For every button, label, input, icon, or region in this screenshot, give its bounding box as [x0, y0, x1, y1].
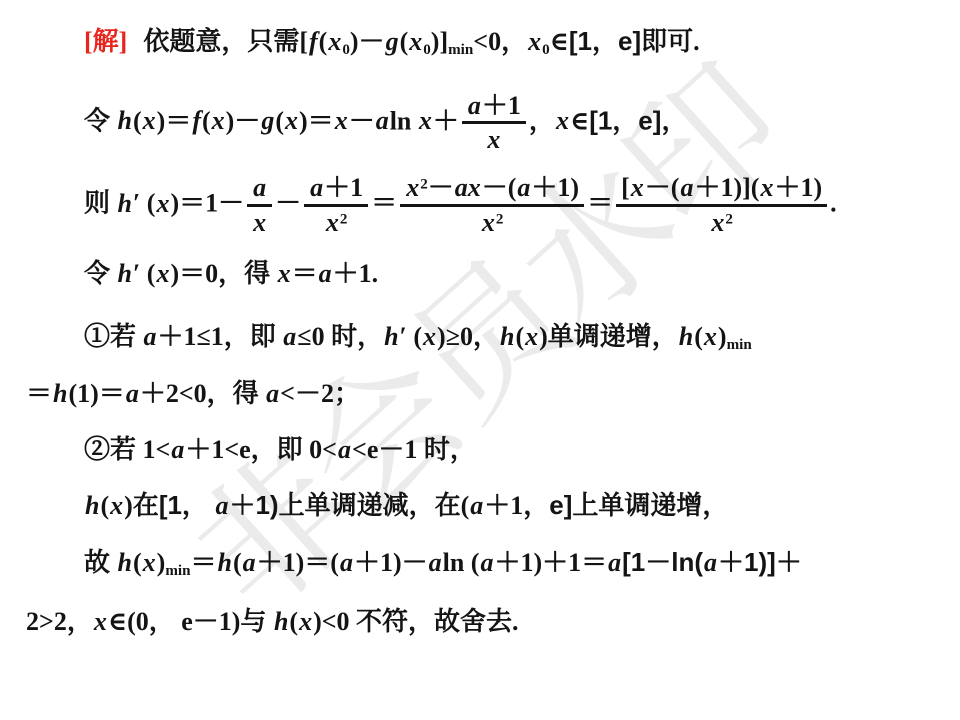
text-run: <0， — [473, 27, 527, 56]
text-run: ＋1)－ — [354, 548, 428, 577]
fraction-denominator: x2 — [616, 207, 827, 238]
math-variable: a — [607, 548, 622, 577]
solution-line-7: ②若 1<a＋1<e，即 0<a<e－1 时， — [26, 432, 940, 467]
math-variable: a — [428, 548, 443, 577]
math-variable: a — [703, 548, 718, 577]
bracket-text: [1，e] — [569, 26, 641, 56]
math-variable: x — [142, 106, 157, 135]
math-variable: x — [481, 208, 496, 237]
fraction-numerator: [x－(a＋1)](x＋1) — [616, 173, 827, 207]
text-run: 即可. — [641, 27, 700, 56]
math-variable: h — [117, 106, 133, 135]
math-variable: a — [469, 491, 484, 520]
math-variable: a — [309, 173, 324, 202]
text-run: ′ ( — [133, 189, 155, 218]
fraction-denominator: x2 — [400, 207, 584, 238]
text-run: )] — [431, 27, 448, 56]
subscript: 0 — [542, 42, 550, 58]
superscript: 2 — [420, 177, 428, 193]
text-run: ( — [400, 27, 409, 56]
text-run: )＝1－ — [170, 189, 244, 218]
text-run: － — [275, 189, 301, 218]
math-variable: x — [109, 491, 124, 520]
solution-line-1: [解]依题意，只需[f(x0)－g(x0)]min<0，x0∈[1，e]即可. — [26, 24, 940, 61]
math-variable: h — [216, 548, 232, 577]
text-run: ＝ — [26, 379, 52, 408]
text-run: ②若 1< — [84, 435, 170, 464]
text-run: ＝ — [292, 259, 318, 288]
text-run: ＋ — [776, 548, 802, 577]
fraction-denominator: x — [247, 207, 272, 238]
subscript: 0 — [342, 42, 350, 58]
math-variable: x — [759, 173, 774, 202]
math-variable: x — [252, 208, 267, 237]
text-run: ) — [718, 322, 727, 351]
fraction-numerator: x2－ax－(a＋1) — [400, 173, 584, 207]
math-variable: x — [405, 173, 420, 202]
math-variable: x — [486, 125, 501, 154]
math-variable: a — [214, 491, 229, 520]
math-variable: x — [211, 106, 226, 135]
text-run: ＋ — [433, 106, 459, 135]
text-run: ＋1) — [531, 173, 579, 202]
text-run: )－ — [226, 106, 261, 135]
text-run: ( — [694, 322, 703, 351]
fraction: x2－ax－(a＋1)x2 — [400, 173, 584, 238]
text-run: ＋1)＋1＝ — [494, 548, 607, 577]
math-variable: f — [308, 27, 319, 56]
math-variable: a — [265, 379, 280, 408]
text-run: )－ — [350, 27, 385, 56]
text-run: ( — [202, 106, 211, 135]
fraction-numerator: a＋1 — [304, 173, 368, 207]
text-run: ∈(0， e－1)与 — [108, 607, 273, 636]
fraction-numerator: a＋1 — [462, 91, 526, 125]
math-variable: x — [418, 106, 433, 135]
text-run: ＝ — [190, 548, 216, 577]
math-variable: g — [260, 106, 275, 135]
text-run: ( — [275, 106, 284, 135]
text-run: ＋1)]( — [694, 173, 759, 202]
math-variable: h — [117, 189, 133, 218]
math-variable: x — [422, 322, 437, 351]
math-variable: a — [170, 435, 185, 464]
fraction: [x－(a＋1)](x＋1)x2 — [616, 173, 827, 238]
math-variable: f — [191, 106, 202, 135]
math-variable: a — [242, 548, 257, 577]
math-variable: a — [252, 173, 267, 202]
bracket-text: ＋1)] — [718, 547, 776, 577]
math-variable: a — [125, 379, 140, 408]
math-variable: x — [524, 322, 539, 351]
text-run: ＋1≤1，即 — [158, 322, 283, 351]
solution-line-3: 则 h′ (x)＝1－ax－a＋1x2＝x2－ax－(a＋1)x2＝[x－(a＋… — [26, 173, 940, 238]
text-run: 令 — [84, 106, 117, 135]
superscript: 2 — [496, 212, 504, 228]
text-run: 2>2， — [26, 607, 93, 636]
bracket-text: [1，e] — [589, 105, 661, 135]
math-variable: x — [703, 322, 718, 351]
math-variable: x — [284, 106, 299, 135]
text-run: ＋1， — [484, 491, 549, 520]
math-variable: a — [318, 259, 333, 288]
math-variable: h — [117, 259, 133, 288]
text-run: 令 — [84, 259, 117, 288]
text-run: )＝ — [299, 106, 334, 135]
text-run: 上单调递减，在( — [279, 491, 470, 520]
text-run: [ — [621, 173, 630, 202]
math-variable: a — [282, 322, 297, 351]
solution-line-9: 故 h(x)min＝h(a＋1)＝(a＋1)－aln (a＋1)＋1＝a[1－l… — [26, 545, 940, 582]
text-run: <－2； — [280, 379, 360, 408]
text-run: ＋1 — [482, 91, 521, 120]
text-run: )单调递增， — [539, 322, 678, 351]
math-variable: x — [277, 259, 292, 288]
text-run: ＋1. — [333, 259, 379, 288]
math-variable: x — [325, 208, 340, 237]
text-run: ( — [289, 607, 298, 636]
text-run: ≤0 时， — [297, 322, 383, 351]
math-variable: a — [516, 173, 531, 202]
text-run: ∈ — [550, 27, 569, 56]
text-run: . — [830, 189, 837, 218]
text-run: ＋1)＝( — [257, 548, 339, 577]
math-variable: x — [327, 27, 342, 56]
text-run: ( — [233, 548, 242, 577]
subscript: min — [165, 563, 190, 579]
text-run: )<0 不符，故舍去. — [313, 607, 518, 636]
text-run: ′ ( — [400, 322, 422, 351]
text-run: )＝0，得 — [170, 259, 276, 288]
superscript: 2 — [725, 212, 733, 228]
math-variable: x — [93, 607, 108, 636]
text-run: ( — [133, 548, 142, 577]
solution-label: [解] — [84, 27, 127, 56]
math-variable: a — [339, 548, 354, 577]
math-variable: h — [273, 607, 289, 636]
math-variable: a — [467, 91, 482, 120]
text-run: － — [349, 106, 375, 135]
solution-content: [解]依题意，只需[f(x0)－g(x0)]min<0，x0∈[1，e]即可.令… — [0, 0, 960, 639]
text-run: ， — [529, 106, 555, 135]
text-run: 依题意，只需[ — [143, 27, 308, 56]
math-variable: h — [678, 322, 694, 351]
bracket-text: e] — [549, 490, 572, 520]
text-run: )在 — [124, 491, 159, 520]
fraction: a＋1x — [462, 91, 526, 156]
text-run: )＝ — [157, 106, 192, 135]
subscript: min — [727, 337, 752, 353]
math-variable: h — [117, 548, 133, 577]
subscript: 0 — [423, 42, 431, 58]
text-run: 故 — [84, 548, 117, 577]
math-variable: h — [84, 491, 100, 520]
math-variable: x — [408, 27, 423, 56]
text-run: ( — [133, 106, 142, 135]
math-variable: ax — [454, 173, 482, 202]
math-variable: a — [479, 548, 494, 577]
bracket-text: [1－ln( — [622, 547, 703, 577]
fraction-denominator: x2 — [304, 207, 368, 238]
text-run: ＝ — [587, 189, 613, 218]
math-variable: x — [155, 189, 170, 218]
text-run: 则 — [84, 189, 117, 218]
text-run: ①若 — [84, 322, 143, 351]
text-run: ln — [390, 106, 418, 135]
math-variable: h — [52, 379, 68, 408]
math-variable: x — [630, 173, 645, 202]
text-run: －( — [645, 173, 680, 202]
bracket-text: ＋1) — [229, 490, 278, 520]
text-run: ∈ — [570, 106, 589, 135]
math-variable: a — [143, 322, 158, 351]
solution-line-2: 令 h(x)＝f(x)－g(x)＝x－aln x＋a＋1x，x∈[1，e]， — [26, 91, 940, 156]
math-variable: x — [555, 106, 570, 135]
solution-line-5: ①若 a＋1≤1，即 a≤0 时，h′ (x)≥0，h(x)单调递增，h(x)m… — [26, 319, 940, 356]
text-run: ( — [515, 322, 524, 351]
math-variable: g — [385, 27, 400, 56]
text-run: <e－1 时， — [352, 435, 476, 464]
fraction: ax — [247, 173, 272, 238]
math-variable: a — [375, 106, 390, 135]
text-run: ＋1) — [774, 173, 822, 202]
text-run: ＋1<e，即 0< — [185, 435, 337, 464]
text-run: ′ ( — [133, 259, 155, 288]
text-run: － — [428, 173, 454, 202]
fraction: a＋1x2 — [304, 173, 368, 238]
math-variable: x — [334, 106, 349, 135]
text-run: 上单调递增， — [572, 491, 728, 520]
text-run: (1)＝ — [68, 379, 124, 408]
text-run: ， — [661, 106, 687, 135]
text-run: ＝ — [371, 189, 397, 218]
math-variable: h — [383, 322, 399, 351]
math-variable: x — [142, 548, 157, 577]
superscript: 2 — [340, 212, 348, 228]
text-run: －( — [482, 173, 517, 202]
math-variable: x — [155, 259, 170, 288]
math-variable: a — [337, 435, 352, 464]
text-run: ＋2<0，得 — [140, 379, 265, 408]
text-run: ＋1 — [324, 173, 363, 202]
math-variable: x — [298, 607, 313, 636]
math-variable: x — [527, 27, 542, 56]
fraction-denominator: x — [462, 124, 526, 155]
text-run: )≥0， — [437, 322, 499, 351]
bracket-text: [1， — [159, 490, 208, 520]
subscript: min — [448, 42, 473, 58]
solution-line-10: 2>2，x∈(0， e－1)与 h(x)<0 不符，故舍去. — [26, 604, 940, 639]
solution-line-8: h(x)在[1， a＋1)上单调递减，在(a＋1，e]上单调递增， — [26, 488, 940, 523]
solution-line-4: 令 h′ (x)＝0，得 x＝a＋1. — [26, 256, 940, 291]
math-variable: h — [499, 322, 515, 351]
text-run: ( — [100, 491, 109, 520]
fraction-numerator: a — [247, 173, 272, 207]
math-variable: x — [710, 208, 725, 237]
text-run: ln ( — [443, 548, 480, 577]
solution-line-6: ＝h(1)＝a＋2<0，得 a<－2； — [26, 376, 940, 411]
math-variable: a — [679, 173, 694, 202]
